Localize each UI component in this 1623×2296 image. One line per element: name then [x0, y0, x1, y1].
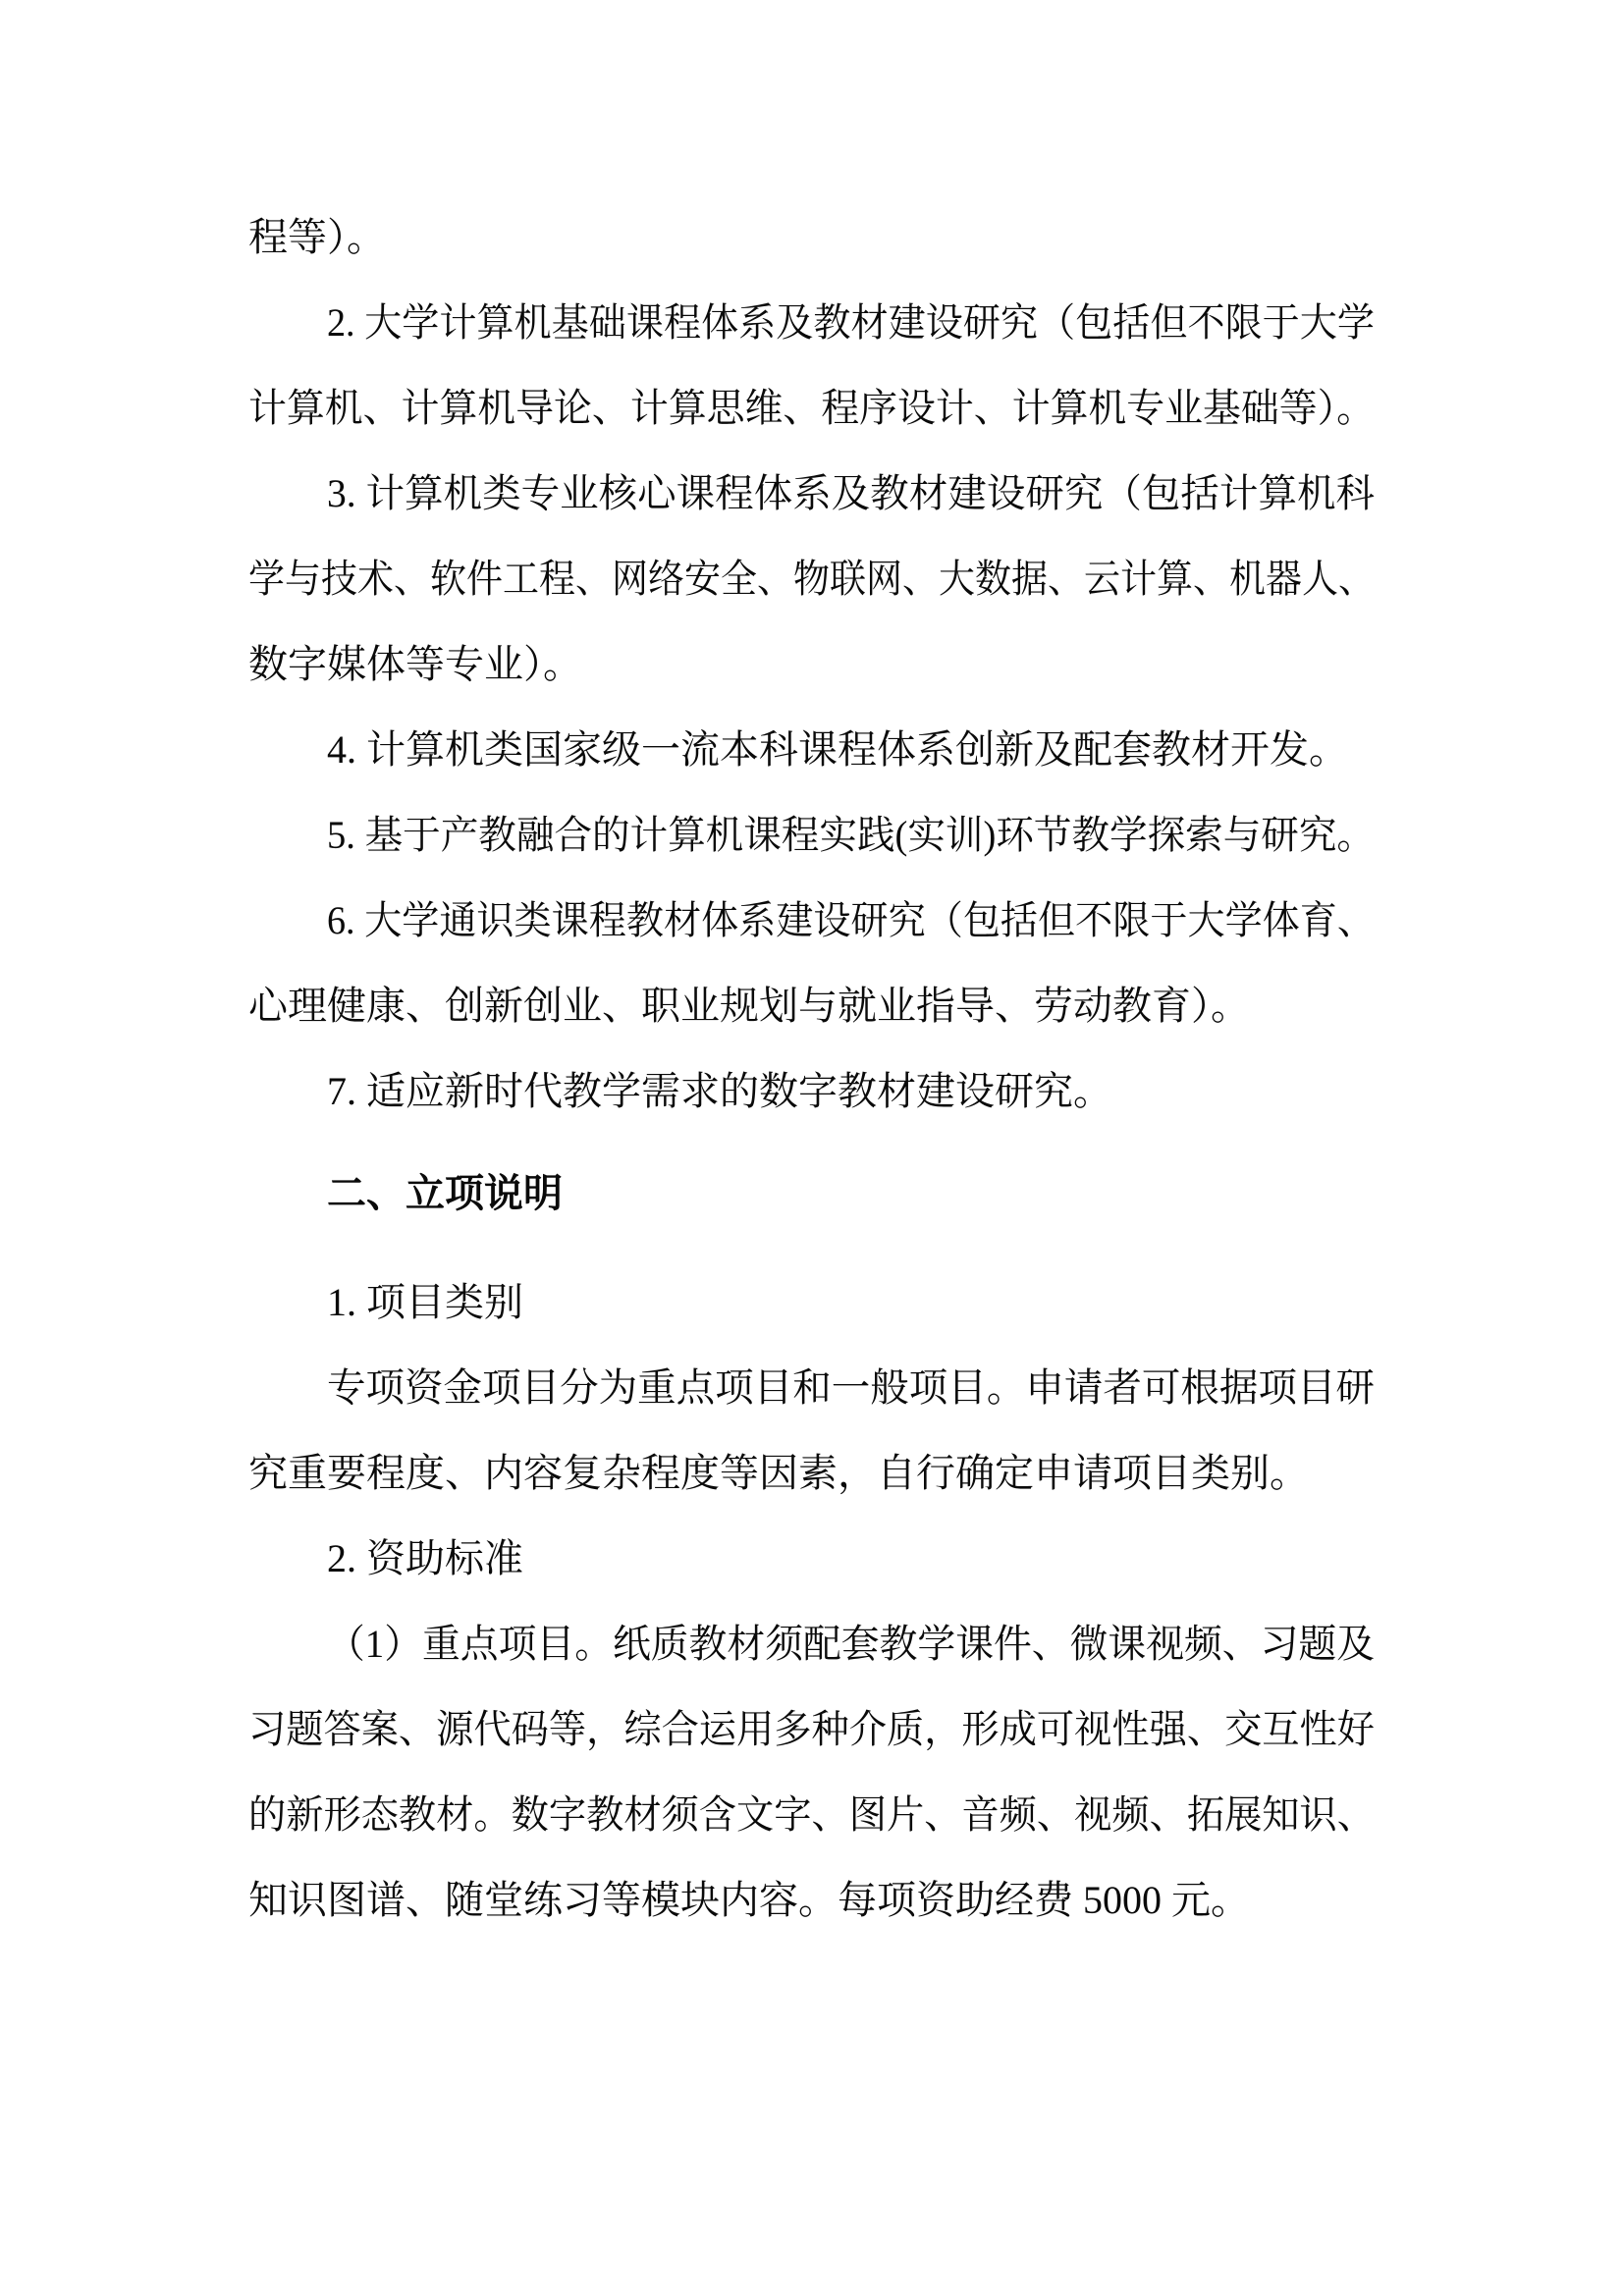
text-line: 知识图谱、随堂练习等模块内容。每项资助经费 5000 元。	[248, 1857, 1375, 1943]
text-line-content: 计算机、计算机导论、计算思维、程序设计、计算机专业基础等）。	[248, 365, 1375, 451]
text-line-content: 5. 基于产教融合的计算机课程实践(实训)环节教学探索与研究。	[327, 792, 1375, 878]
text-line-content: 的新形态教材。数字教材须含文字、图片、音频、视频、拓展知识、	[248, 1772, 1375, 1857]
section-heading: 二、立项说明	[248, 1151, 1375, 1237]
text-line: 7. 适应新时代教学需求的数字教材建设研究。	[248, 1048, 1375, 1134]
text-line: 2. 大学计算机基础课程体系及教材建设研究（包括但不限于大学	[248, 280, 1375, 365]
text-line: 5. 基于产教融合的计算机课程实践(实训)环节教学探索与研究。	[248, 792, 1375, 878]
text-line: 心理健康、创新创业、职业规划与就业指导、劳动教育）。	[248, 963, 1375, 1048]
text-line-content: 2. 大学计算机基础课程体系及教材建设研究（包括但不限于大学	[327, 280, 1375, 365]
text-line: 3. 计算机类专业核心课程体系及教材建设研究（包括计算机科	[248, 451, 1375, 536]
text-line: 数字媒体等专业）。	[248, 621, 1375, 707]
text-line: 程等）。	[248, 194, 1375, 280]
text-line-content: （1）重点项目。纸质教材须配套教学课件、微课视频、习题及	[327, 1601, 1375, 1686]
text-line-content: 知识图谱、随堂练习等模块内容。每项资助经费 5000 元。	[248, 1857, 1250, 1943]
text-line-content: 2. 资助标准	[327, 1516, 523, 1601]
text-line: 的新形态教材。数字教材须含文字、图片、音频、视频、拓展知识、	[248, 1772, 1375, 1857]
text-line-content: 究重要程度、内容复杂程度等因素，自行确定申请项目类别。	[248, 1430, 1309, 1516]
text-line: 6. 大学通识类课程教材体系建设研究（包括但不限于大学体育、	[248, 878, 1375, 963]
text-line-content: 4. 计算机类国家级一流本科课程体系创新及配套教材开发。	[327, 707, 1348, 792]
text-line: 2. 资助标准	[248, 1516, 1375, 1601]
text-line-content: 6. 大学通识类课程教材体系建设研究（包括但不限于大学体育、	[327, 878, 1375, 963]
text-line: 计算机、计算机导论、计算思维、程序设计、计算机专业基础等）。	[248, 365, 1375, 451]
text-line: 习题答案、源代码等，综合运用多种介质，形成可视性强、交互性好	[248, 1686, 1375, 1772]
text-line: 1. 项目类别	[248, 1259, 1375, 1345]
document-page: 程等）。2. 大学计算机基础课程体系及教材建设研究（包括但不限于大学计算机、计算…	[0, 0, 1623, 2296]
text-line: （1）重点项目。纸质教材须配套教学课件、微课视频、习题及	[248, 1601, 1375, 1686]
text-line-content: 数字媒体等专业）。	[248, 621, 582, 707]
text-line: 专项资金项目分为重点项目和一般项目。申请者可根据项目研	[248, 1345, 1375, 1430]
text-line-content: 专项资金项目分为重点项目和一般项目。申请者可根据项目研	[327, 1345, 1375, 1430]
text-line-content: 心理健康、创新创业、职业规划与就业指导、劳动教育）。	[248, 963, 1250, 1048]
text-line-content: 7. 适应新时代教学需求的数字教材建设研究。	[327, 1048, 1112, 1134]
text-line-content: 习题答案、源代码等，综合运用多种介质，形成可视性强、交互性好	[248, 1686, 1375, 1772]
text-line: 4. 计算机类国家级一流本科课程体系创新及配套教材开发。	[248, 707, 1375, 792]
text-line: 究重要程度、内容复杂程度等因素，自行确定申请项目类别。	[248, 1430, 1375, 1516]
document-text-block: 程等）。2. 大学计算机基础课程体系及教材建设研究（包括但不限于大学计算机、计算…	[248, 194, 1375, 1943]
text-line-content: 1. 项目类别	[327, 1259, 523, 1345]
section-heading-text: 二、立项说明	[327, 1151, 563, 1237]
text-line-content: 3. 计算机类专业核心课程体系及教材建设研究（包括计算机科	[327, 451, 1375, 536]
text-line-content: 学与技术、软件工程、网络安全、物联网、大数据、云计算、机器人、	[248, 536, 1375, 621]
text-line-content: 程等）。	[248, 194, 386, 280]
text-line: 学与技术、软件工程、网络安全、物联网、大数据、云计算、机器人、	[248, 536, 1375, 621]
